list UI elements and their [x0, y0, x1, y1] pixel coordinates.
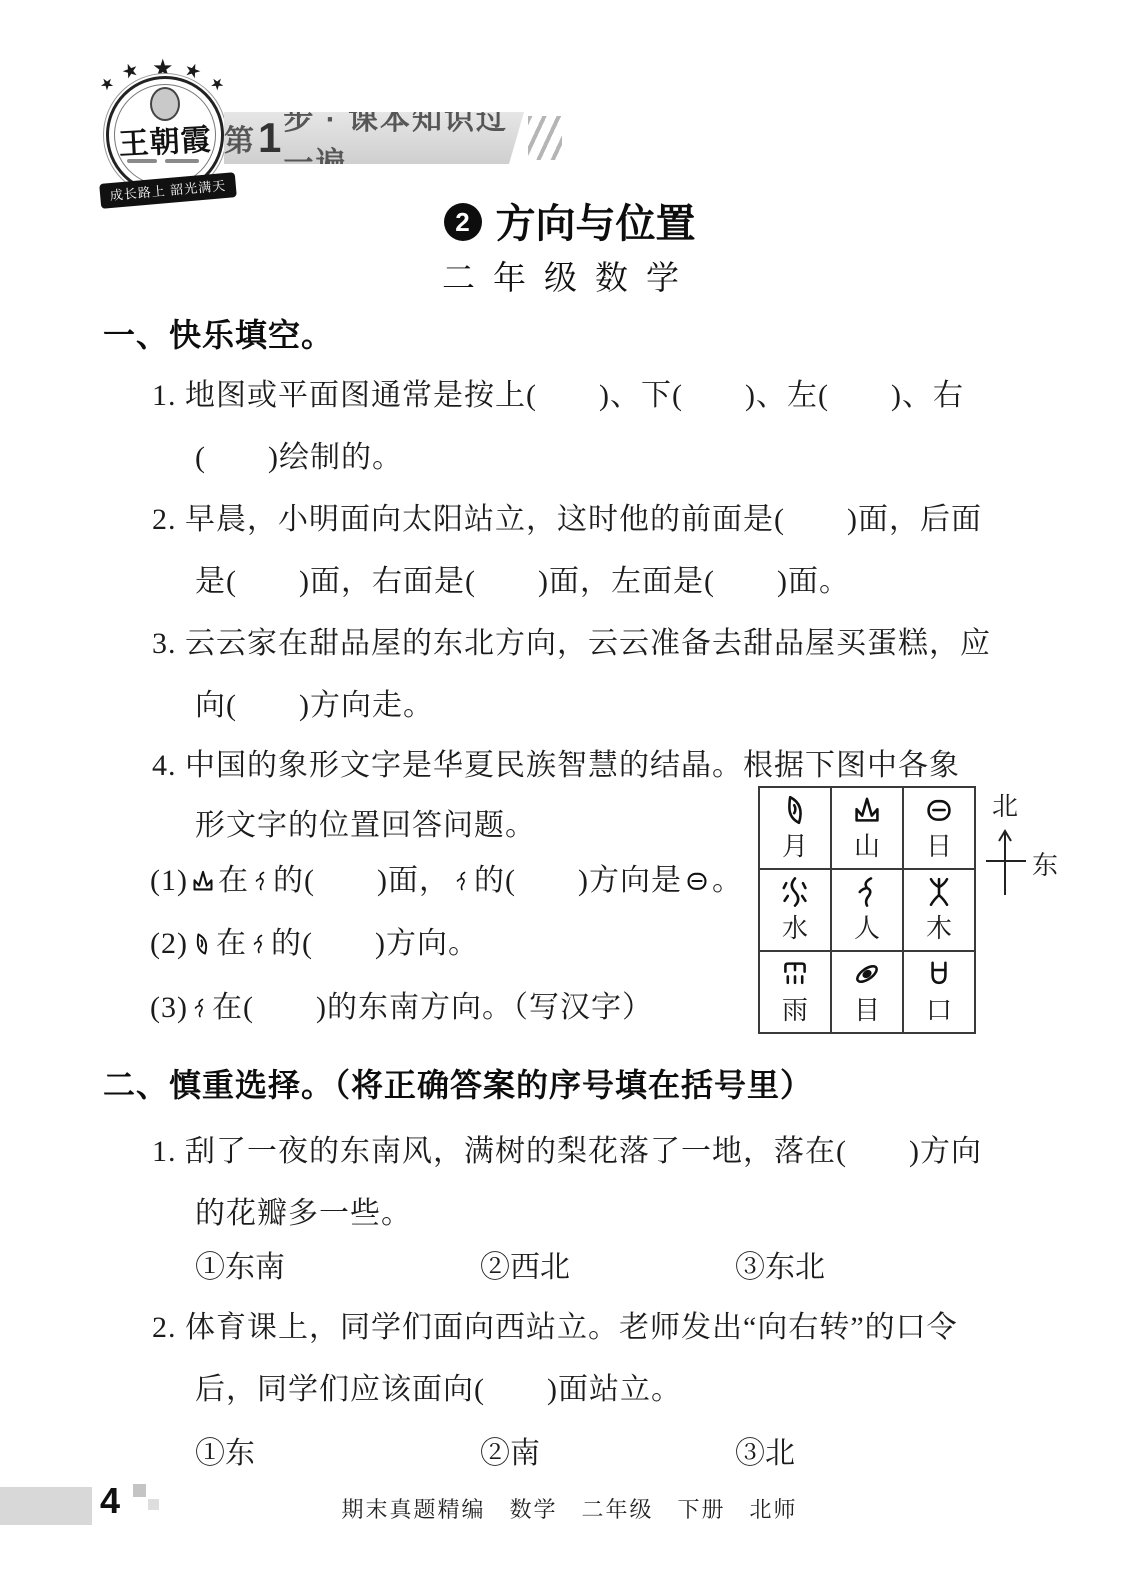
table-cell: 人 [831, 869, 903, 951]
pictograph-tree-icon [923, 876, 955, 908]
cell-label: 日 [904, 833, 974, 862]
subquestion-1: (1)在的( )面，的( )方向是。 [150, 855, 743, 899]
cell-label: 水 [760, 915, 830, 944]
table-cell: 月 [759, 787, 831, 869]
question-line: 1. 地图或平面图通常是按上( )、下( )、左( )、右 [152, 370, 964, 414]
pictograph-mountain-icon [190, 867, 216, 895]
subquestion-3: (3)在( )的东南方向。（写汉字） [150, 982, 653, 1026]
section2-heading: 二、慎重选择。（将正确答案的序号填在括号里） [103, 1060, 813, 1106]
pictograph-mountain-icon [851, 794, 883, 826]
pictograph-moon-icon [190, 930, 214, 958]
option-1: ①东南 [195, 1242, 285, 1286]
footer-book-info: 期末真题精编 数学 二年级 下册 北师 [0, 1493, 1139, 1524]
subquestion-number: (2) [150, 927, 188, 960]
table-cell: 日 [903, 787, 975, 869]
step-banner: 第 1 步 · 课本知识过一遍 [224, 112, 524, 164]
pictograph-water-icon [779, 876, 811, 908]
subquestion-text: 在 [218, 864, 249, 897]
table-row: 月 山 日 [759, 787, 975, 869]
banner-text: 步 · 课本知识过一遍 [283, 94, 524, 182]
option-1: ①东 [195, 1428, 255, 1472]
subquestion-text: 的( )方向。 [271, 927, 479, 960]
question-number: 1. [152, 1135, 177, 1168]
logo-smalltext-bar [165, 159, 199, 163]
question-line: 1. 刮了一夜的东南风，满树的梨花落了一地，落在( )方向 [152, 1126, 982, 1170]
question-text: 刮了一夜的东南风，满树的梨花落了一地，落在( )方向 [185, 1135, 982, 1168]
table-cell: 口 [903, 951, 975, 1033]
question-line: 是( )面，右面是( )面，左面是( )面。 [195, 556, 850, 600]
banner-stripes-decoration [528, 116, 562, 160]
question-number: 4. [152, 749, 177, 782]
question-number: 1. [152, 379, 177, 412]
pictograph-table: 月 山 日 水 人 木 雨 目 口 [758, 786, 976, 1034]
question-line: 的花瓣多一些。 [195, 1188, 412, 1232]
chapter-number-badge: 2 [444, 203, 482, 241]
question-text: 中国的象形文字是华夏民族智慧的结晶。根据下图中各象 [185, 749, 960, 782]
question-text: 云云家在甜品屋的东北方向，云云准备去甜品屋买蛋糕，应 [185, 627, 991, 660]
subquestion-2: (2)在的( )方向。 [150, 918, 479, 962]
cell-label: 口 [904, 997, 974, 1026]
pictograph-person-icon [190, 994, 210, 1022]
table-cell: 目 [831, 951, 903, 1033]
pictograph-sun-icon [923, 794, 955, 826]
subquestion-text: 。 [712, 864, 743, 897]
options-row: ①东南 ②西北 ③东北 [0, 1242, 1139, 1286]
brand-name: 王朝霞 [108, 114, 222, 164]
table-cell: 水 [759, 869, 831, 951]
question-line: 后，同学们应该面向( )面站立。 [195, 1364, 682, 1408]
question-line: 2. 早晨，小明面向太阳站立，这时他的前面是( )面，后面 [152, 494, 982, 538]
cell-label: 目 [832, 997, 902, 1026]
grade-subtitle: 二年级数学 [0, 252, 1139, 299]
table-row: 水 人 木 [759, 869, 975, 951]
subquestion-number: (1) [150, 864, 188, 897]
table-cell: 木 [903, 869, 975, 951]
chapter-title-text: 方向与位置 [496, 202, 696, 246]
compass-north-label: 北 [992, 786, 1074, 823]
workbook-page: ★ ★ ★ ★ ★ 王朝霞 成长路上 韶光满天 第 1 步 · 课本知识过一遍 … [0, 0, 1139, 1582]
question-number: 2. [152, 503, 177, 536]
subquestion-number: (3) [150, 991, 188, 1024]
option-3: ③东北 [735, 1242, 825, 1286]
question-line: 3. 云云家在甜品屋的东北方向，云云准备去甜品屋买蛋糕，应 [152, 618, 991, 662]
subquestion-text: 在 [216, 927, 247, 960]
table-row: 雨 目 口 [759, 951, 975, 1033]
section1-heading: 一、快乐填空。 [103, 310, 334, 356]
question-number: 3. [152, 627, 177, 660]
question-text: 地图或平面图通常是按上( )、下( )、左( )、右 [185, 379, 964, 412]
question-line: ( )绘制的。 [195, 432, 403, 476]
question-text: 体育课上，同学们面向西站立。老师发出“向右转”的口令 [185, 1311, 958, 1344]
question-line: 4. 中国的象形文字是华夏民族智慧的结晶。根据下图中各象 [152, 740, 960, 784]
pictograph-moon-icon [779, 794, 811, 826]
table-cell: 山 [831, 787, 903, 869]
cell-label: 木 [904, 915, 974, 944]
subquestion-text: 的( )面， [273, 864, 450, 897]
options-row: ①东 ②南 ③北 [0, 1428, 1139, 1472]
star-icon: ★ [206, 72, 229, 97]
pictograph-person-icon [251, 867, 271, 895]
chapter-title: 2方向与位置 [0, 192, 1139, 249]
question-line: 形文字的位置回答问题。 [195, 800, 536, 844]
cell-label: 山 [832, 833, 902, 862]
pictograph-person-icon [851, 876, 883, 908]
question-number: 2. [152, 1311, 177, 1344]
cell-label: 月 [760, 833, 830, 862]
banner-text: 第 [224, 116, 256, 160]
question-text: 早晨，小明面向太阳站立，这时他的前面是( )面，后面 [185, 503, 982, 536]
pictograph-person-icon [452, 867, 472, 895]
question-line: 向( )方向走。 [195, 680, 434, 724]
table-cell: 雨 [759, 951, 831, 1033]
compass-indicator: 北 东 [984, 786, 1074, 903]
subquestion-text: 的( )方向是 [474, 864, 682, 897]
pictograph-person-icon [249, 930, 269, 958]
question-line: 2. 体育课上，同学们面向西站立。老师发出“向右转”的口令 [152, 1302, 958, 1346]
pictograph-mouth-icon [923, 958, 955, 990]
pictograph-sun-icon [684, 867, 710, 895]
logo-smalltext-bar [127, 159, 157, 163]
banner-step-number: 1 [258, 117, 281, 159]
option-3: ③北 [735, 1428, 795, 1472]
option-2: ②西北 [480, 1242, 570, 1286]
cell-label: 雨 [760, 997, 830, 1026]
subquestion-text: 在( )的东南方向。（写汉字） [212, 991, 653, 1024]
compass-arrow-icon [984, 823, 1074, 903]
option-2: ②南 [480, 1428, 540, 1472]
cell-label: 人 [832, 915, 902, 944]
star-icon: ★ [96, 72, 119, 97]
compass-east-label: 东 [1032, 845, 1058, 882]
pictograph-rain-icon [779, 958, 811, 990]
pictograph-eye-icon [851, 958, 883, 990]
